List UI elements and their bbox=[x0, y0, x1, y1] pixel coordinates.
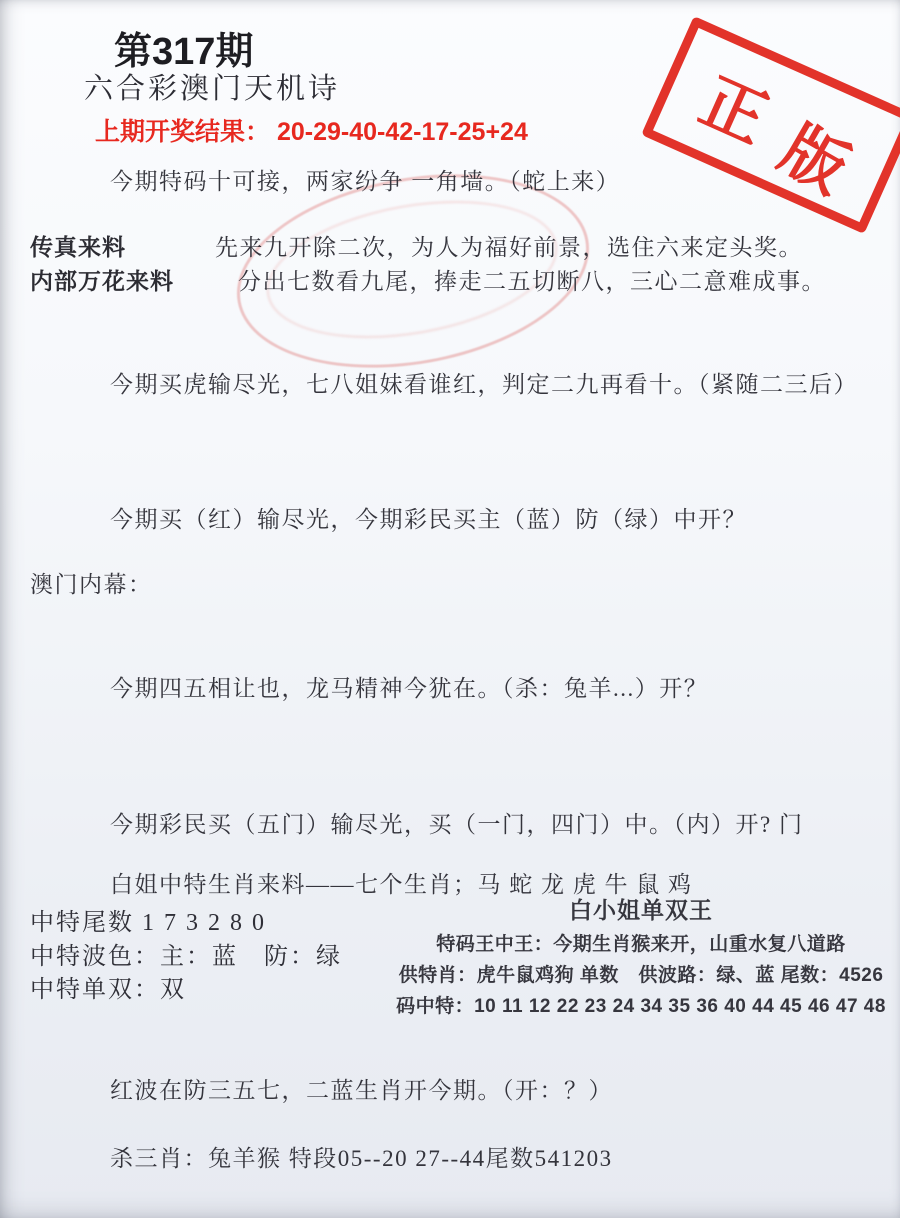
last-draw-result: 上期开奖结果： 20-29-40-42-17-25+24 bbox=[95, 112, 528, 148]
poem-line-7: 今期四五相让也，龙马精神今犹在。（杀：兔羊...）开？ bbox=[110, 670, 708, 703]
poem-line-8: 今期彩民买（五门）输尽光，买（一门，四门）中。（内）开? 门 bbox=[110, 806, 803, 839]
tip-sheet-page: 正 版 第317期 六合彩澳门天机诗 上期开奖结果： 20-29-40-42-1… bbox=[0, 0, 900, 1218]
white-lady-line-3: 码中特：10 11 12 22 23 24 34 35 36 40 44 45 … bbox=[395, 991, 887, 1018]
white-lady-title: 白小姐单双王 bbox=[395, 892, 887, 925]
bottom-line-1: 红波在防三五七，二蓝生肖开今期。（开：？） bbox=[110, 1072, 613, 1105]
white-lady-line-2: 供特肖：虎牛鼠鸡狗 单数 供波路：绿、蓝 尾数：4526 bbox=[395, 960, 887, 987]
fax-source-text: 先来九开除二次，为人为福好前景，选住六来定头奖。 bbox=[215, 229, 803, 262]
special-tail-numbers: 中特尾数 1 7 3 2 8 0 bbox=[30, 902, 266, 937]
last-draw-result-label: 上期开奖结果： bbox=[95, 118, 270, 146]
macau-insider-label: 澳门内幕： bbox=[30, 566, 153, 599]
fax-source-label: 传真来料 bbox=[30, 229, 126, 262]
white-lady-line-1: 特码王中王：今期生肖猴来开，山重水复八道路 bbox=[395, 929, 887, 956]
special-odd-even: 中特单双：双 bbox=[30, 969, 186, 1004]
bottom-line-2: 杀三肖：兔羊猴 特段05--20 27--44尾数541203 bbox=[110, 1140, 613, 1173]
poem-line-4: 今期买虎输尽光，七八姐妹看谁红，判定二九再看十。（紧随二三后） bbox=[110, 366, 858, 399]
stamp-char-2: 版 bbox=[766, 99, 867, 211]
page-subtitle: 六合彩澳门天机诗 bbox=[84, 66, 340, 107]
poem-line-1: 今期特码十可接，两家纷争 一角墙。（蛇上来） bbox=[110, 163, 620, 196]
last-draw-result-numbers: 20-29-40-42-17-25+24 bbox=[277, 118, 528, 146]
genuine-stamp: 正 版 bbox=[641, 16, 900, 234]
internal-source-text: 分出七数看九尾，捧走二五切断八，三心二意难成事。 bbox=[238, 263, 826, 296]
poem-line-5: 今期买（红）输尽光，今期彩民买主（蓝）防（绿）中开？ bbox=[110, 501, 747, 534]
stamp-char-1: 正 bbox=[688, 51, 784, 161]
special-wave-colors: 中特波色：主：蓝 防：绿 bbox=[30, 936, 342, 971]
internal-source-label: 内部万花来料 bbox=[30, 263, 174, 296]
white-lady-box: 白小姐单双王 特码王中王：今期生肖猴来开，山重水复八道路 供特肖：虎牛鼠鸡狗 单… bbox=[395, 892, 887, 1018]
